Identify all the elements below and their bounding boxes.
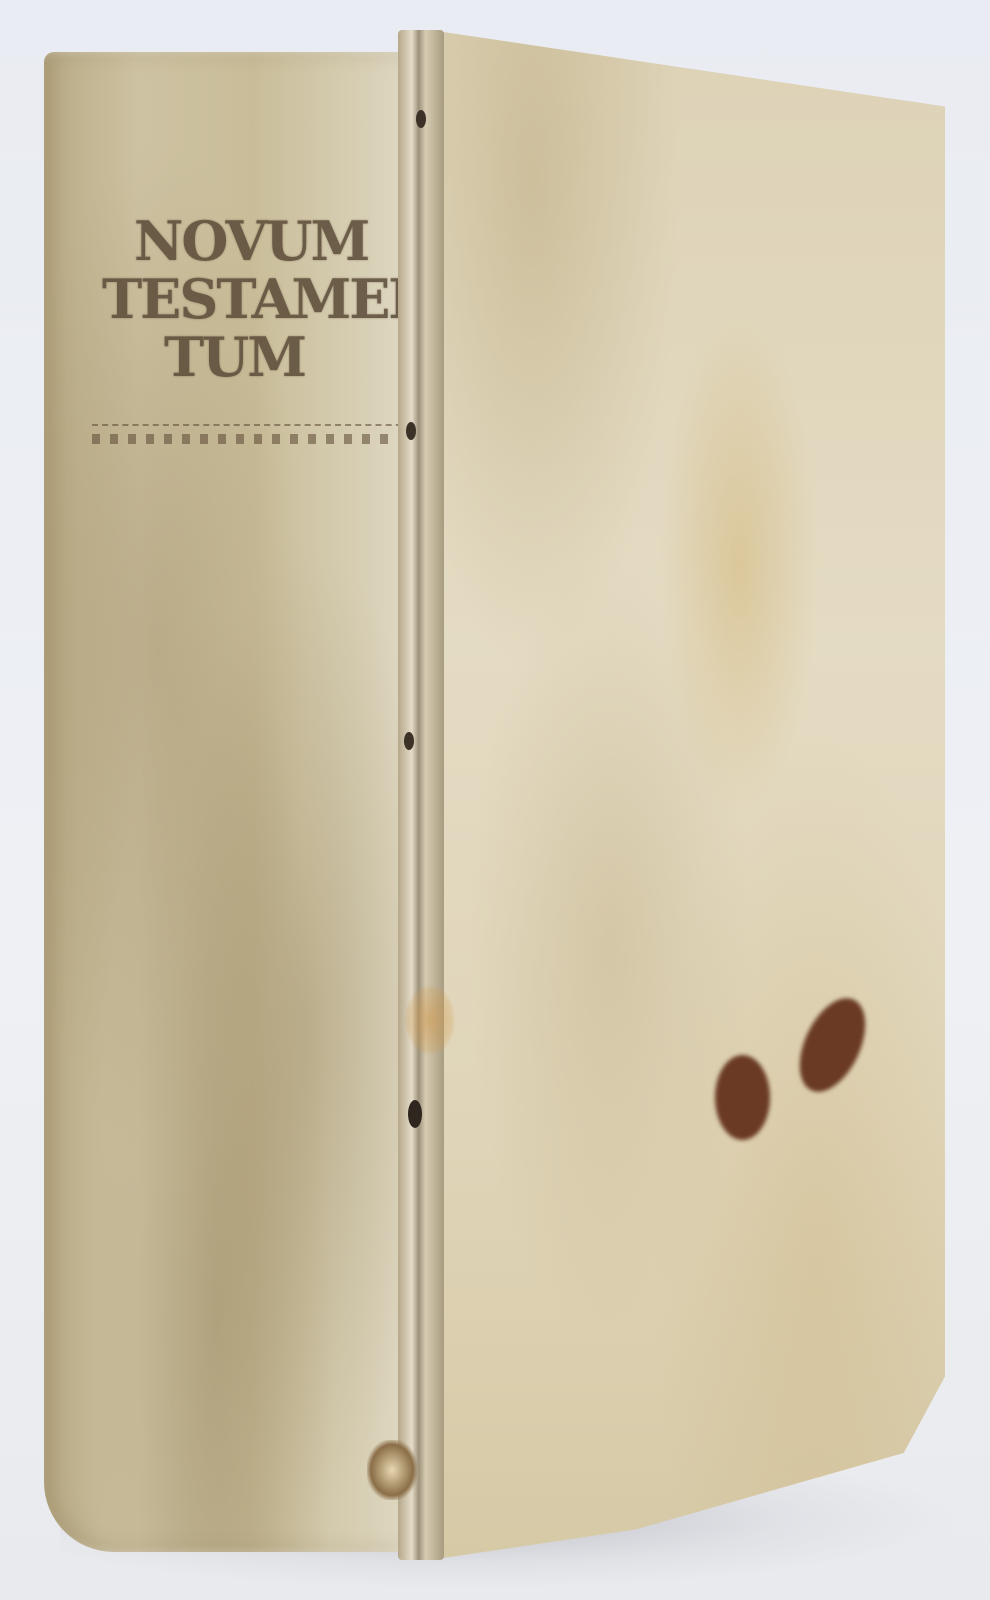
front-board (430, 30, 945, 1560)
spine-title-line-3: TUM (94, 328, 414, 386)
spine-title: NOVUM TESTAMEN TUM (94, 212, 414, 386)
tie-hole-lower (408, 1100, 422, 1128)
book-spine: NOVUM TESTAMEN TUM (44, 52, 424, 1552)
spine-title-line-2: TESTAMEN (94, 270, 414, 328)
spine-decorative-rule (92, 424, 422, 448)
tie-hole-top (416, 110, 426, 128)
dark-stain-left (715, 1055, 770, 1140)
book-photo: NOVUM TESTAMEN TUM (0, 0, 990, 1600)
amber-stain (405, 985, 455, 1055)
tie-hole-upper (406, 422, 416, 440)
dark-stain-right (786, 988, 878, 1102)
spine-title-line-1: NOVUM (94, 212, 414, 270)
tie-hole-middle (404, 732, 414, 750)
spine-joint (398, 30, 444, 1560)
worn-corner-bottom (367, 1440, 417, 1500)
